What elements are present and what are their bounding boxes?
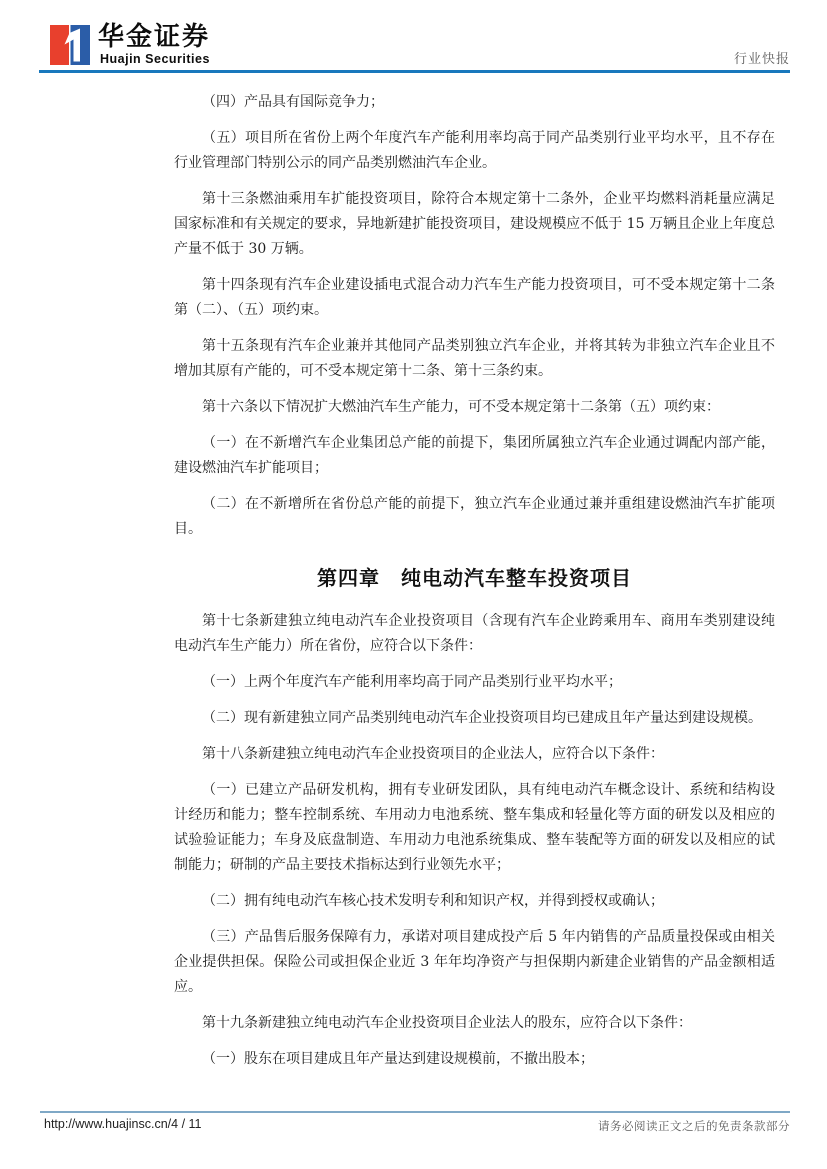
paragraph: （二）在不新增所在省份总产能的前提下，独立汽车企业通过兼并重组建设燃油汽车扩能项… [174,492,775,542]
huajin-logo-icon [50,25,90,65]
paragraph: 第十六条以下情况扩大燃油汽车生产能力，可不受本规定第十二条第（五）项约束： [174,395,775,420]
footer-disclaimer: 请务必阅读正文之后的免责条款部分 [598,1118,790,1134]
paragraph: （一）股东在项目建成且年产量达到建设规模前，不撤出股本； [174,1047,775,1072]
paragraph: （一）在不新增汽车企业集团总产能的前提下，集团所属独立汽车企业通过调配内部产能，… [174,431,775,481]
paragraph: （二）现有新建独立同产品类别纯电动汽车企业投资项目均已建成且年产量达到建设规模。 [174,706,775,731]
logo-company-name: 华金证券 [98,22,210,51]
paragraph: （五）项目所在省份上两个年度汽车产能利用率均高于同产品类别行业平均水平，且不存在… [174,126,775,176]
paragraph: 第十四条现有汽车企业建设插电式混合动力汽车生产能力投资项目，可不受本规定第十二条… [174,273,775,323]
chapter-heading: 第四章 纯电动汽车整车投资项目 [174,566,775,591]
report-page: 华金证券 Huajin Securities 行业快报 （四）产品具有国际竞争力… [0,0,827,1169]
footer-url-page-number: http://www.huajinsc.cn/4 / 11 [44,1117,202,1131]
document-body: （四）产品具有国际竞争力；（五）项目所在省份上两个年度汽车产能利用率均高于同产品… [174,90,775,1083]
paragraph: 第十九条新建独立纯电动汽车企业投资项目企业法人的股东，应符合以下条件： [174,1011,775,1036]
paragraph: （一）已建立产品研发机构，拥有专业研发团队，具有纯电动汽车概念设计、系统和结构设… [174,778,775,878]
footer-divider [40,1111,790,1113]
paragraph: 第十五条现有汽车企业兼并其他同产品类别独立汽车企业，并将其转为非独立汽车企业且不… [174,334,775,384]
paragraph: （四）产品具有国际竞争力； [174,90,775,115]
header-divider [39,70,790,73]
paragraph: 第十三条燃油乘用车扩能投资项目，除符合本规定第十二条外，企业平均燃料消耗量应满足… [174,187,775,262]
report-type-label: 行业快报 [734,48,790,67]
paragraph: （二）拥有纯电动汽车核心技术发明专利和知识产权，并得到授权或确认； [174,889,775,914]
paragraph: （一）上两个年度汽车产能利用率均高于同产品类别行业平均水平； [174,670,775,695]
logo-company-name-en: Huajin Securities [100,52,210,66]
paragraph: 第十七条新建独立纯电动汽车企业投资项目（含现有汽车企业跨乘用车、商用车类别建设纯… [174,609,775,659]
paragraph: （三）产品售后服务保障有力，承诺对项目建成投产后 5 年内销售的产品质量投保或由… [174,925,775,1000]
paragraph: 第十八条新建独立纯电动汽车企业投资项目的企业法人，应符合以下条件： [174,742,775,767]
